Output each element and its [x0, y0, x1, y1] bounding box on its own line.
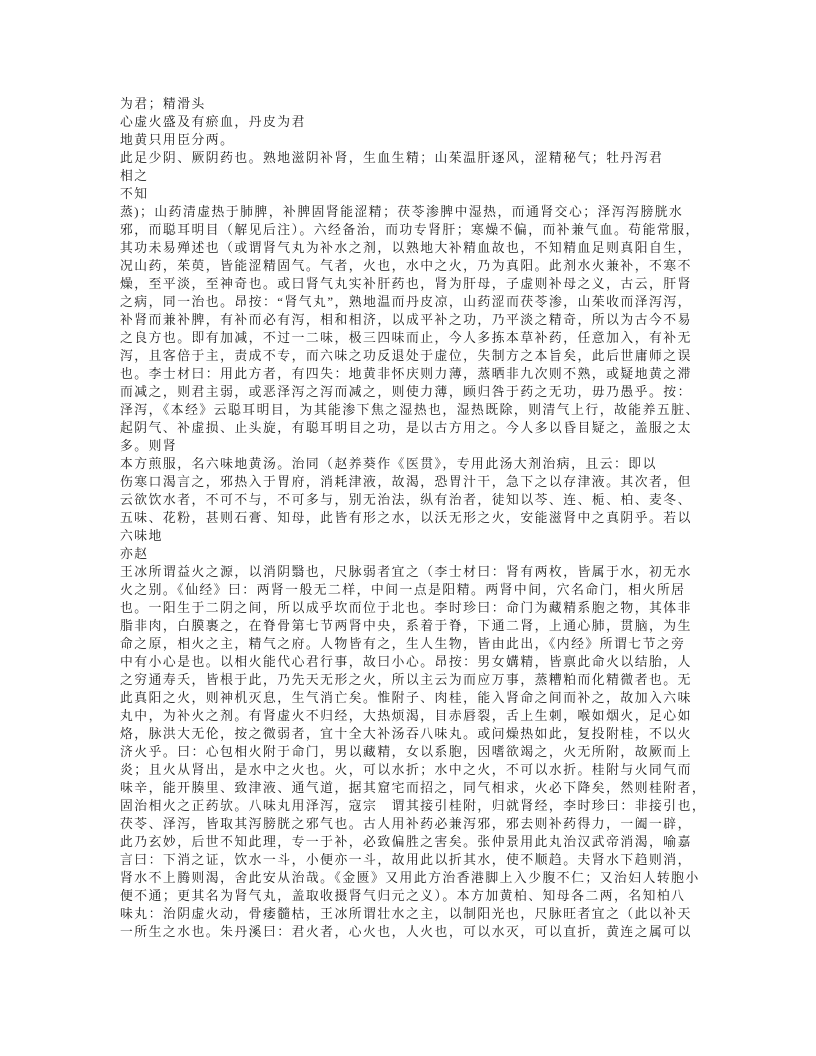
text-line: 此真阳之火，则神机灭息，生气消亡矣。惟附子、肉桂，能入肾命之间而补之，故加入六味	[120, 689, 706, 707]
text-line: 相之	[120, 167, 706, 185]
text-line: 燥，至平淡，至神奇也。或曰肾气丸实补肝药也，肾为肝母，子虚则补母之义，古云，肝肾	[120, 275, 706, 293]
text-line: 伤寒口渴言之，邪热入于胃府，消耗津液，故渴，恐胃汁干，急下之以存津液。其次者，但	[120, 473, 706, 491]
text-line: 之病，同一治也。昂按：“肾气丸”，熟地温而丹皮凉，山药涩而茯苓渗，山茱收而泽泻泻…	[120, 293, 706, 311]
text-line: 济火乎。曰：心包相火附于命门，男以藏精，女以系胞，因嗜欲竭之，火无所附，故厥而上	[120, 743, 706, 761]
text-line: 起阴气、补虚损、止头旋，有聪耳明目之功，是以古方用之。今人多以昏目疑之，盖服之太	[120, 419, 706, 437]
text-line: 蒸)；山药清虚热于肺脾，补脾固肾能涩精；茯苓渗脾中湿热，而通肾交心；泽泻泻膀胱水	[120, 203, 706, 221]
text-line: 一所生之水也。朱丹溪曰：君火者，心火也，人火也，可以水灭，可以直折，黄连之属可以	[120, 923, 706, 941]
text-line: 言曰：下消之证，饮水一斗，小便亦一斗，故用此以折其水，使不顺趋。夫肾水下趋则消，	[120, 851, 706, 869]
text-line: 不知	[120, 185, 706, 203]
text-line: 也。一阳生于二阴之间，所以成乎坎而位于北也。李时珍曰：命门为藏精系胞之物，其体非	[120, 599, 706, 617]
text-line: 五味、花粉，甚则石膏、知母，此皆有形之水，以沃无形之火，安能滋肾中之真阴乎。若以	[120, 509, 706, 527]
text-line: 补肾而兼补脾，有补而必有泻，相和相济，以成平补之功，乃平淡之精奇，所以为古今不易	[120, 311, 706, 329]
text-line: 邪，而聪耳明目（解见后注）。六经备治，而功专肾肝；寒燥不偏，而补兼气血。苟能常服…	[120, 221, 706, 239]
text-line: 多。则肾	[120, 437, 706, 455]
document-text-block: 为君；精滑头心虚火盛及有瘀血，丹皮为君地黄只用臣分两。此足少阴、厥阴药也。熟地滋…	[120, 95, 706, 941]
text-line: 炎；且火从肾出，是水中之火也。火，可以水折；水中之火，不可以水折。桂附与火同气而	[120, 761, 706, 779]
text-line: 火之别。《仙经》曰：两肾一般无二样，中间一点是阳精。两肾中间，穴名命门，相火所居	[120, 581, 706, 599]
text-line: 固治相火之正药欤。八味丸用泽泻，寇宗 谓其接引桂附，归就肾经，李时珍曰：非接引也…	[120, 797, 706, 815]
text-line: 泽泻，《本经》云聪耳明目，为其能渗下焦之湿热也，湿热既除，则清气上行，故能养五脏…	[120, 401, 706, 419]
text-line: 也。李士材曰：用此方者，有四失：地黄非怀庆则力薄，蒸晒非九次则不熟，或疑地黄之滞	[120, 365, 706, 383]
text-line: 六味地	[120, 527, 706, 545]
text-line: 此足少阴、厥阴药也。熟地滋阴补肾，生血生精；山茱温肝逐风，涩精秘气；牡丹泻君	[120, 149, 706, 167]
text-line: 此乃玄妙，后世不知此理，专一于补，必致偏胜之害矣。张仲景用此丸治汉武帝消渴，喻嘉	[120, 833, 706, 851]
text-line: 味辛，能开腠里、致津液、通气道，据其窟宅而招之，同气相求，火必下降矣，然则桂附者…	[120, 779, 706, 797]
text-line: 脂非肉，白膜裹之，在脊骨第七节两肾中央，系着于脊，下通二肾，上通心肺，贯脑，为生	[120, 617, 706, 635]
text-line: 之穷通寿夭，皆根于此，乃先天无形之火，所以主云为而应万事，蒸糟粕而化精微者也。无	[120, 671, 706, 689]
text-line: 烙，脉洪大无伦，按之微弱者，宜十全大补汤吞八味丸。或问燥热如此，复投附桂，不以火	[120, 725, 706, 743]
text-line: 心虚火盛及有瘀血，丹皮为君	[120, 113, 706, 131]
text-line: 况山药，茱萸，皆能涩精固气。气者，火也，水中之火，乃为真阳。此剂水火兼补，不寒不	[120, 257, 706, 275]
text-line: 命之原，相火之主，精气之府。人物皆有之，生人生物，皆由此出，《内经》所谓七节之旁	[120, 635, 706, 653]
text-line: 本方煎服，名六味地黄汤。治同（赵养葵作《医贯》，专用此汤大剂治病，且云：即以	[120, 455, 706, 473]
text-line: 为君；精滑头	[120, 95, 706, 113]
text-line: 中有小心是也。以相火能代心君行事，故曰小心。昂按：男女媾精，皆禀此命火以结胎，人	[120, 653, 706, 671]
text-line: 云欲饮水者，不可不与，不可多与，别无治法，纵有治者，徒知以芩、连、栀、柏、麦冬、	[120, 491, 706, 509]
text-line: 肾水不上腾则渴，舍此安从治哉。《金匮》又用此方治香港脚上入少腹不仁；又治妇人转胞…	[120, 869, 706, 887]
text-line: 其功未易殚述也（或谓肾气丸为补水之剂，以熟地大补精血故也，不知精血足则真阳自生，	[120, 239, 706, 257]
text-line: 王冰所谓益火之源，以消阴翳也，尺脉弱者宜之（李士材曰：肾有两枚，皆属于水，初无水	[120, 563, 706, 581]
text-line: 茯苓、泽泻，皆取其泻膀胱之邪气也。古人用补药必兼泻邪，邪去则补药得力，一阖一辟，	[120, 815, 706, 833]
text-line: 便不通；更其名为肾气丸，盖取收摄肾气归元之义）。本方加黄柏、知母各二两，名知柏八	[120, 887, 706, 905]
text-line: 地黄只用臣分两。	[120, 131, 706, 149]
text-line: 味丸：治阴虚火动，骨痿髓枯，王冰所谓壮水之主，以制阳光也，尺脉旺者宜之（此以补天	[120, 905, 706, 923]
text-line: 之良方也。即有加减，不过一二味，极三四味而止，今人多拣本草补药，任意加入，有补无	[120, 329, 706, 347]
text-line: 丸中，为补火之剂。有肾虚火不归经，大热烦渴，目赤唇裂，舌上生刺，喉如烟火，足心如	[120, 707, 706, 725]
text-line: 亦赵	[120, 545, 706, 563]
document-page: 为君；精滑头心虚火盛及有瘀血，丹皮为君地黄只用臣分两。此足少阴、厥阴药也。熟地滋…	[0, 0, 816, 1056]
text-line: 而减之，则君主弱，或恶泽泻之泻而减之，则使力薄，顾归咎于药之无功，毋乃愚乎。按：	[120, 383, 706, 401]
text-line: 泻，且客倍于主，责成不专，而六味之功反退处于虚位，失制方之本旨矣，此后世庸师之误	[120, 347, 706, 365]
